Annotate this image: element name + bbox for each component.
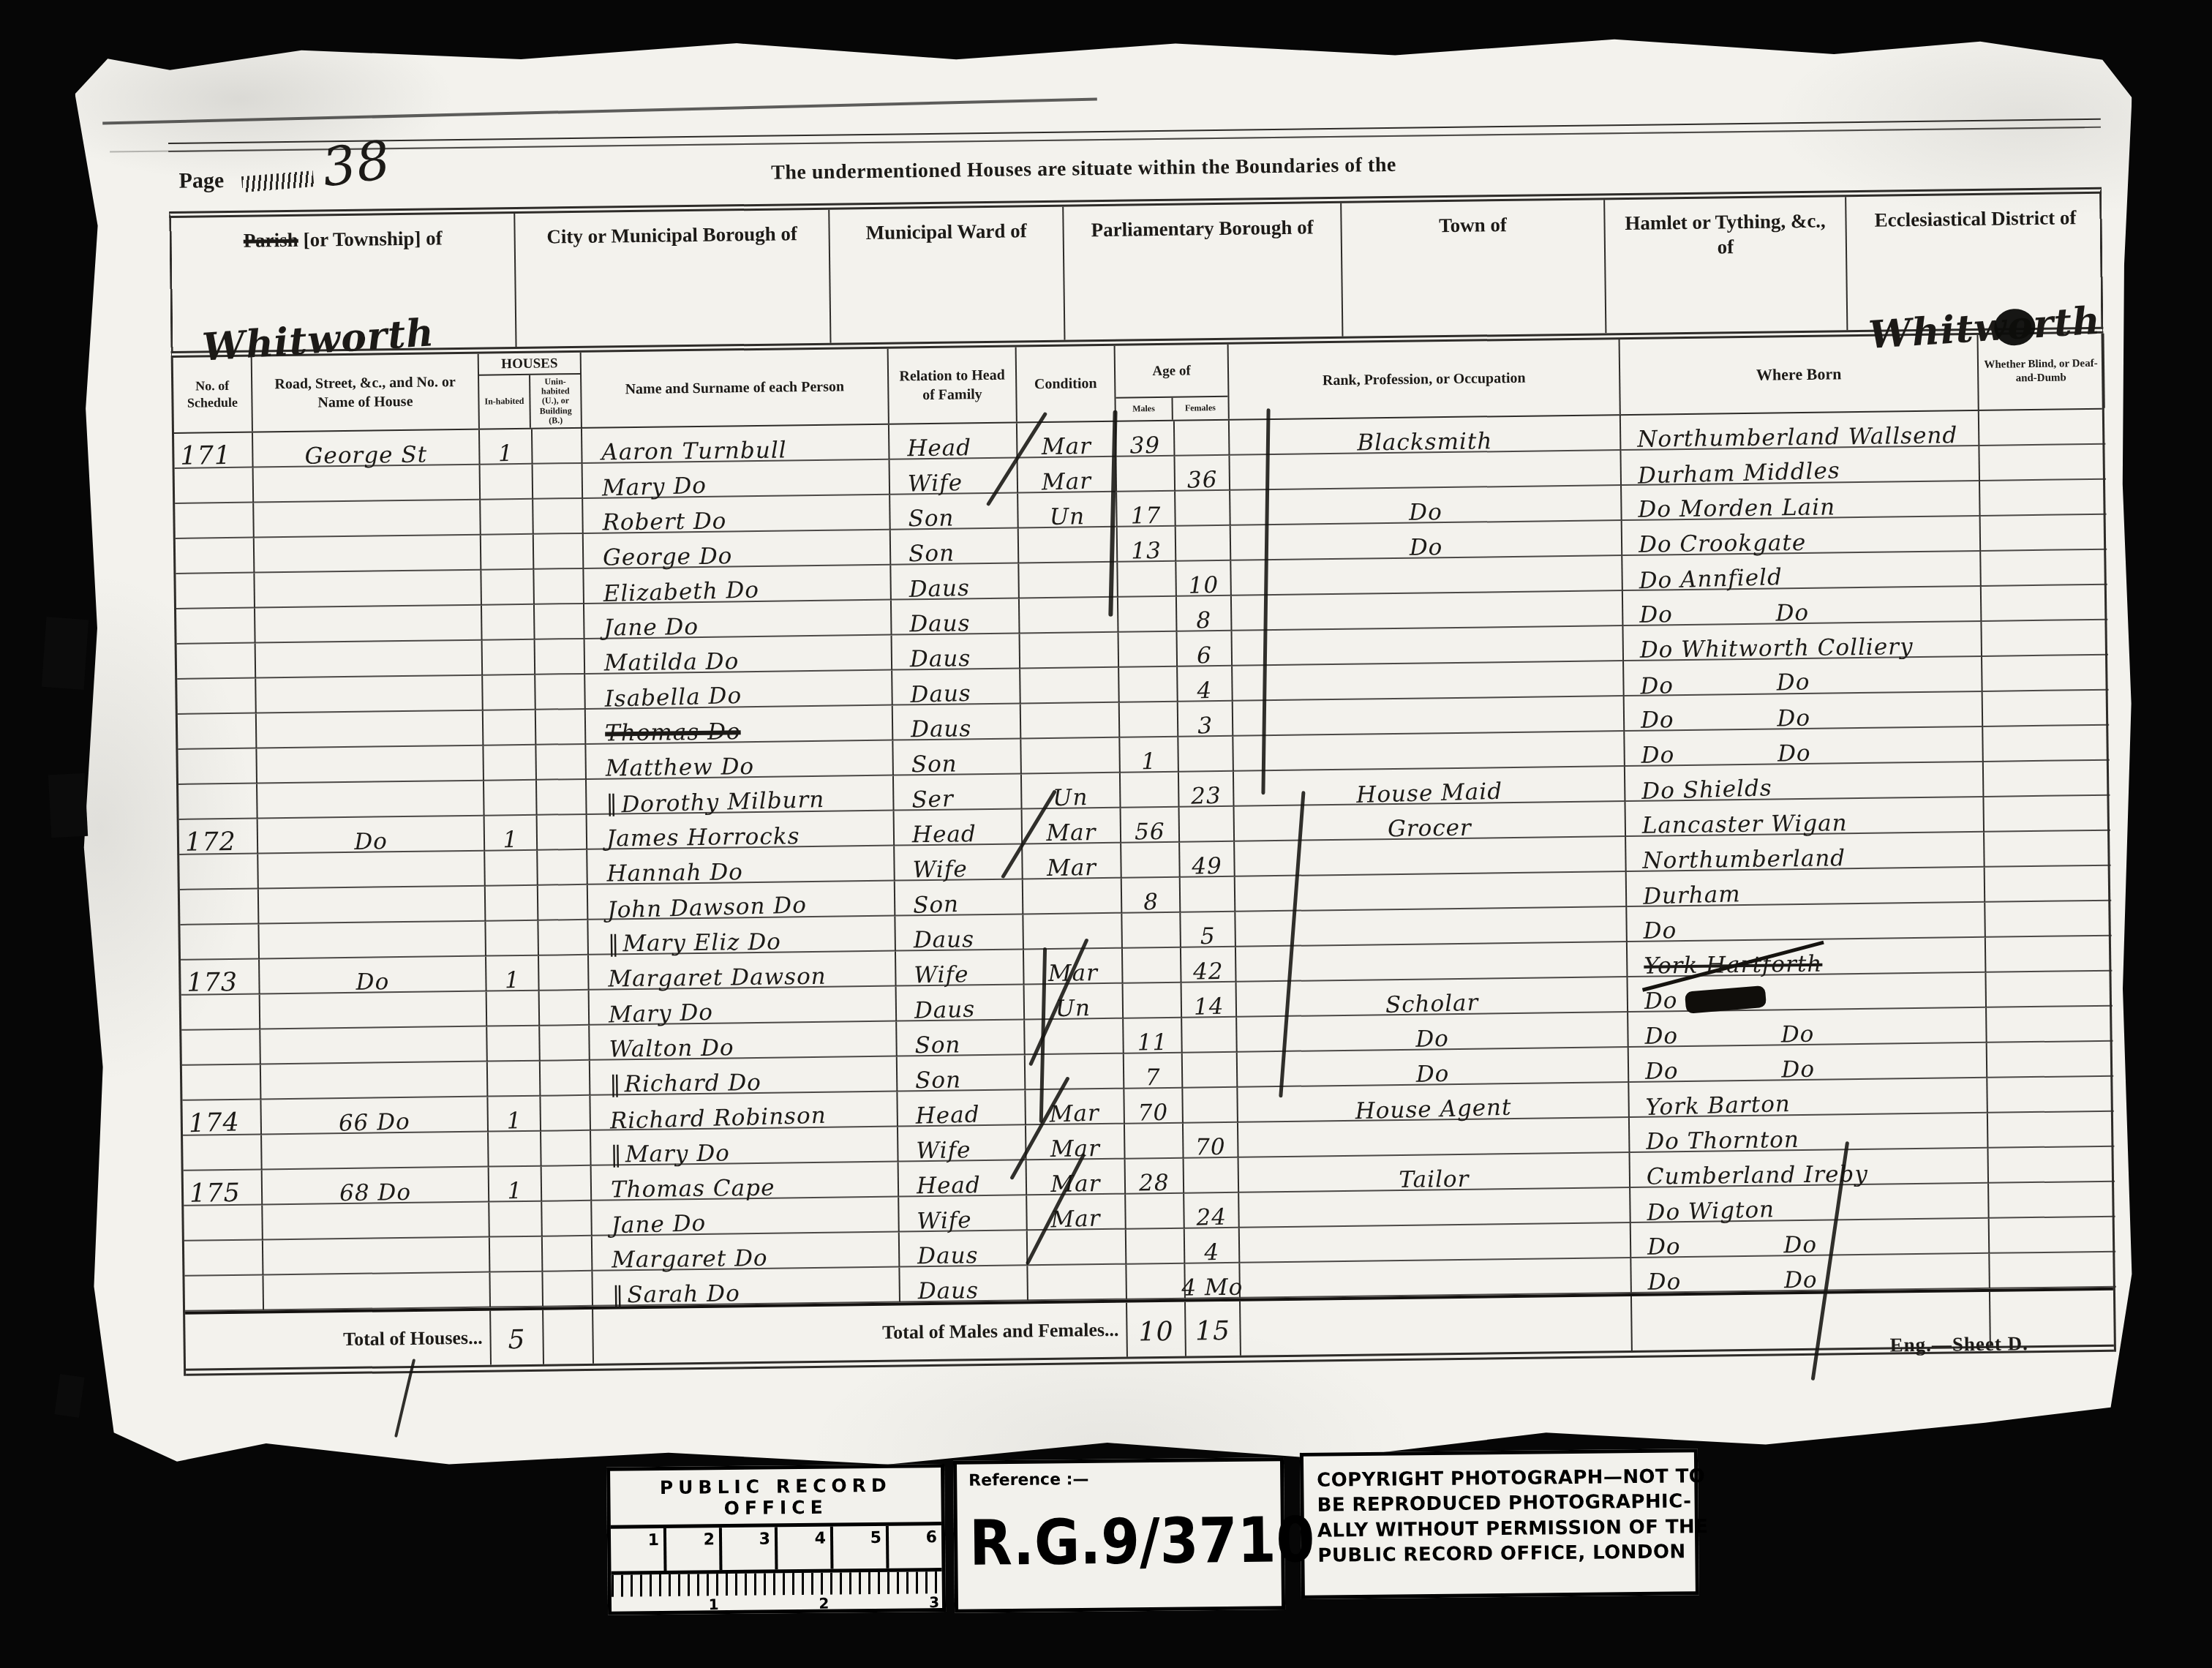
cell-occupation-value: Do [1410,536,1443,560]
cell-disability [1979,445,2106,481]
cell-occupation [1232,591,1624,631]
reference-stamp: Reference :— R.G.9/3710 [953,1457,1285,1613]
cell-name-value: Aaron Turnbull [601,439,787,464]
cell-relation-value: Son [914,1034,960,1057]
cell-where-born-value: Do Do [1648,1269,1818,1294]
cell-inhabited [482,605,535,641]
cell-relation-value: Wife [914,963,968,987]
header-houses: HOUSES [479,353,580,376]
cell-uninhabited [534,569,584,605]
cell-condition-value: Mar [1046,822,1096,845]
cell-occupation [1240,1223,1632,1263]
cell-where-born-value: Do Do [1647,1234,1817,1259]
cell-occupation [1230,451,1622,491]
cell-uninhabited [540,1026,590,1062]
cell-relation: Daus [897,985,1026,1021]
cell-where-born: York Barton [1629,1078,1988,1118]
copyright-line: COPYRIGHT PHOTOGRAPH—NOT TO [1317,1464,1681,1493]
cell-age-females: 8 [1177,596,1233,632]
cell-occupation: Do [1238,1048,1630,1088]
cell-uninhabited [543,1236,593,1272]
cell-condition [1021,738,1121,775]
cell-schedule [181,995,261,1031]
cell-schedule [178,749,257,785]
cell-name-value: Mary Eliz Do [622,931,781,956]
cell-relation: Son [897,1020,1026,1056]
cell-occupation-value: Do [1416,1063,1450,1086]
cell-inhabited [483,675,536,711]
cell-where-born: Northumberland Wallsend [1621,411,1980,451]
cell-uninhabited [533,429,583,465]
cell-inhabited [483,640,536,676]
cell-road [262,1132,489,1171]
table-body: 171George St1Aaron TurnbullHeadMar39Blac… [174,410,2113,1312]
cell-road [261,1062,489,1100]
cell-schedule [180,890,260,925]
ruler-inches: 1 2 3 4 5 6 [611,1525,942,1575]
pro-ruler-stamp: PUBLIC RECORD OFFICE 1 2 3 4 5 6 123 [606,1464,946,1615]
cell-inhabited-value: 1 [503,829,518,852]
cell-relation: Head [898,1090,1026,1127]
cell-name: ‖Sarah Do [592,1268,900,1307]
cell-age-males: 13 [1118,527,1177,563]
cell-name: John Dawson Do [588,882,896,920]
cell-age-males [1121,843,1181,879]
cell-relation: Ser [894,774,1023,811]
cell-age-females: 23 [1179,772,1235,808]
cell-relation: Wife [898,1125,1027,1162]
total-houses-value: 5 [491,1310,544,1365]
cell-relation-value: Son [915,1069,961,1092]
cell-schedule [181,1030,261,1066]
cell-relation-value: Daus [910,683,971,707]
total-mf-label-cell: Total of Males and Females... [593,1303,1128,1364]
cell-relation: Son [895,879,1024,916]
cell-inhabited: 1 [485,816,538,852]
cell-name: Mary Do [583,460,891,499]
cell-condition-value: Mar [1050,1138,1100,1161]
cell-uninhabited [535,639,586,675]
cell-relation-value: Daus [914,928,975,952]
cell-condition [1020,633,1120,669]
cell-where-born: Do Do [1625,727,1984,767]
cell-road: Do [258,816,486,854]
cell-uninhabited [538,920,589,956]
cell-relation: Daus [892,598,1020,635]
cell-road [257,711,484,749]
cell-schedule [180,925,260,961]
cell-relation: Head [899,1160,1028,1197]
cell-age-males [1123,948,1182,984]
cell-relation-value: Daus [909,612,971,636]
total-males-number: 10 [1138,1318,1173,1345]
cell-inhabited-value: 1 [505,969,520,992]
ruler-centimetres: 123 [612,1571,943,1620]
cell-occupation [1238,1118,1630,1158]
total-males-females-label: Total of Males and Females... [593,1318,1126,1347]
township-cell: Parish [or Township] of Whitworth [171,214,516,351]
cell-occupation-value: Do [1415,1028,1449,1051]
cell-inhabited [489,1132,542,1168]
cell-road-value: Do [355,971,389,994]
cell-where-born-value: Lancaster Wigan [1642,812,1848,838]
cell-disability [1986,972,2113,1008]
cell-name: ‖Mary Do [591,1127,899,1166]
cell-inhabited [489,1202,543,1238]
cell-condition [1023,879,1123,915]
total-females-value: 15 [1186,1301,1241,1356]
cell-disability [1987,1077,2114,1113]
cell-disability [1989,1182,2115,1219]
cell-schedule: 174 [182,1100,262,1136]
empty-cell [543,1310,594,1364]
cell-schedule-value: 174 [182,1110,240,1137]
header-condition: Condition [1017,346,1116,422]
parliamentary-borough-cell: Parliamentary Borough of [1064,203,1343,340]
cell-name-value: George Do [603,545,733,569]
cell-name: Richard Robinson [590,1092,898,1131]
cell-name: ‖Dorothy Milburn [587,776,895,815]
ecclesiastical-district-cell: Ecclesiastical District of Whitworth [1846,194,2105,330]
ruler-fine-ticks [612,1571,942,1597]
cell-road [263,1273,491,1311]
cell-uninhabited [541,1061,591,1097]
cell-relation-value: Son [913,893,960,917]
cell-age-females-value: 49 [1192,855,1222,879]
cell-condition: Mar [1023,808,1122,845]
cell-where-born: Do Morden Lain [1622,481,1981,521]
cell-uninhabited [536,745,587,781]
cell-relation: Daus [900,1266,1028,1302]
cell-road-value: George St [305,444,428,468]
cell-condition [1019,527,1118,564]
cell-condition [1025,1019,1124,1056]
cell-name-value: James Horrocks [606,825,800,850]
cell-road-value: 68 Do [339,1181,411,1205]
cell-occupation: Scholar [1237,977,1629,1018]
cell-age-females: 6 [1178,631,1233,667]
cell-age-males: 7 [1124,1053,1184,1089]
cell-age-females: 10 [1176,561,1232,597]
cell-relation: Son [893,739,1022,775]
cell-age-females: 3 [1178,702,1234,737]
cell-disability [1983,691,2110,727]
cell-where-born: Do Annfield [1622,552,1982,591]
cell-age-males: 11 [1124,1018,1183,1054]
cell-where-born: Do Do [1624,657,1983,696]
cell-where-born-value: Do Do [1641,707,1810,732]
cell-disability [1987,1042,2114,1078]
cell-age-females: 24 [1184,1193,1240,1229]
cell-disability [1981,550,2107,587]
sheet-note: Eng.—Sheet D. [1889,1332,2028,1356]
cell-age-females-value: 36 [1186,469,1217,492]
cell-age-males [1118,562,1177,598]
ecclesiastical-label: Ecclesiastical District of [1874,206,2076,230]
cell-age-females-value: 6 [1197,645,1212,667]
cell-where-born: Do Do [1631,1254,1990,1293]
cell-road [260,1027,488,1065]
cell-road [259,922,486,960]
cell-age-females: 49 [1180,842,1235,878]
cell-age-females-value: 3 [1197,715,1213,737]
cell-age-males-value: 1 [1141,751,1156,773]
cell-where-born-value: Do Do [1644,1023,1814,1048]
cell-condition-value: Mar [1042,470,1092,495]
cell-uninhabited [543,1271,593,1307]
cell-relation-value: Son [908,508,954,531]
cell-schedule [178,784,258,820]
cell-name: Margaret Do [592,1233,900,1271]
cell-relation: Son [891,528,1020,565]
cell-name: ‖Richard Do [590,1057,898,1096]
cell-condition: Un [1025,984,1124,1021]
cell-relation: Daus [892,634,1021,670]
cell-relation: Wife [899,1195,1028,1232]
cell-road [255,606,483,644]
cell-where-born: Do Thornton [1630,1113,1989,1153]
cell-age-males: 1 [1120,737,1179,773]
cell-age-females: 70 [1184,1123,1239,1159]
cell-uninhabited [535,604,585,640]
cell-where-born-value: Durham [1643,883,1741,909]
cell-name: Hannah Do [587,846,895,885]
cell-condition: Mar [1027,1195,1126,1231]
cell-inhabited: 1 [489,1167,543,1203]
ink-blot [1685,985,1767,1014]
cell-age-males-value: 7 [1145,1067,1161,1089]
cell-inhabited: 1 [488,1097,541,1132]
cell-relation: Son [898,1055,1026,1092]
cell-relation-value: Head [907,437,971,460]
empty-cell [1241,1296,1633,1356]
cell-uninhabited [537,780,587,816]
cell-occupation-value: Tailor [1399,1168,1469,1192]
cell-occupation [1235,837,1627,877]
cell-condition-value: Un [1053,786,1088,810]
cell-disability [1988,1112,2115,1149]
cell-where-born-value: Do [1644,920,1677,943]
cell-occupation-value: Scholar [1385,992,1478,1017]
cell-age-males [1121,773,1180,808]
total-males-value: 10 [1127,1302,1186,1357]
cell-name: Robert Do [583,495,891,534]
cell-condition-value: Mar [1051,1208,1102,1232]
cell-disability [1990,1217,2116,1254]
cell-age-males [1117,457,1176,492]
cell-road [260,992,488,1030]
cell-relation-value: Daus [908,577,970,601]
cell-where-born-value: Northumberland [1642,847,1846,872]
cell-condition: Mar [1023,844,1122,880]
cell-condition: Un [1018,492,1118,529]
ruler-cm-numbers: 123 [612,1593,942,1619]
enumerator-tick: ‖ [608,933,620,955]
cell-where-born: Do Do [1625,692,1984,732]
cell-age-females [1178,737,1234,773]
cell-name-value: Jane Do [603,616,699,640]
cell-inhabited [490,1237,543,1273]
cell-disability [1980,480,2107,516]
cell-occupation [1233,661,1625,702]
cell-disability [1988,1147,2115,1184]
copyright-line: PUBLIC RECORD OFFICE, LONDON [1317,1539,1682,1569]
cell-relation-value: Wife [912,858,967,882]
cell-name-value: Mary Do [625,1142,730,1166]
cell-disability [1982,620,2108,657]
header-name: Name and Surname of each Person [582,349,889,427]
cell-road [255,536,482,574]
cell-age-females-value: 5 [1200,925,1216,948]
header-relation: Relation to Head of Family [889,347,1017,423]
cell-age-females [1175,491,1231,527]
cell-inhabited [481,500,534,536]
cell-where-born: Do Shields [1625,762,1985,802]
cell-where-born: Lancaster Wigan [1625,797,1985,837]
cell-occupation: Do [1231,521,1623,561]
cell-age-females-value: 8 [1196,609,1211,632]
cell-uninhabited [534,534,584,570]
reference-value: R.G.9/3710 [969,1503,1270,1579]
cell-schedule [184,1205,263,1241]
cell-occupation: Blacksmith [1230,416,1622,456]
cell-disability [1982,585,2108,622]
cell-relation: Son [890,493,1019,530]
cell-name-value: Jane Do [611,1212,706,1237]
cell-uninhabited [538,815,588,851]
cell-relation: Daus [893,704,1022,740]
total-females-number: 15 [1195,1318,1230,1345]
cell-uninhabited [533,499,584,535]
cell-age-females-value: 70 [1195,1136,1226,1160]
cell-name: Thomas Do [586,706,894,745]
cell-occupation [1233,626,1625,666]
cell-road: Do [260,957,487,995]
cell-road-value: Do [354,830,388,854]
town-cell: Town of [1342,200,1606,337]
header-age-of: Age of [1116,345,1228,397]
cell-inhabited [487,1026,541,1062]
cell-age-males: 28 [1126,1159,1185,1195]
cell-age-females: 5 [1181,912,1236,948]
cell-inhabited-value: 1 [507,1180,522,1203]
cell-condition-value: Mar [1042,435,1091,459]
header-schedule: No. of Schedule [173,357,253,432]
cell-inhabited [485,851,538,887]
cell-age-females [1175,421,1230,457]
cell-schedule: 172 [179,819,259,855]
cell-name-value: Sarah Do [627,1282,740,1307]
township-label: [or Township] of [298,227,443,250]
pro-stamp-strip: PUBLIC RECORD OFFICE 1 2 3 4 5 6 123 Ref… [606,1449,1699,1617]
cell-occupation [1240,1258,1632,1299]
census-scan-page: Page 38 The undermentioned Houses are si… [0,0,2212,1668]
cell-where-born: Cumberland Ireby [1630,1149,1990,1188]
cell-uninhabited [538,850,588,886]
cell-age-males-value: 28 [1139,1172,1170,1195]
cell-age-females-value: 42 [1193,961,1224,984]
cell-road [257,781,485,819]
cell-name-value: Matthew Do [606,756,755,781]
parish-struck-label: Parish [244,229,298,252]
cell-uninhabited [540,991,590,1026]
cell-inhabited: 1 [486,956,540,992]
cell-age-females-value: 10 [1188,574,1219,598]
cell-age-males: 17 [1117,492,1176,527]
cell-age-females [1176,526,1232,562]
header-males: Males [1116,398,1173,421]
cell-relation-value: Daus [911,718,972,741]
pro-title: PUBLIC RECORD OFFICE [610,1468,941,1529]
cell-where-born-value: Do Do [1639,602,1809,627]
cell-age-females [1180,807,1235,843]
cell-uninhabited [541,1096,591,1132]
cell-relation-value: Daus [914,999,976,1023]
cell-relation-value: Head [917,1174,981,1198]
cell-relation: Wife [896,950,1025,986]
header-road: Road, Street, &c., and No. or Name of Ho… [252,354,480,432]
cell-inhabited [487,991,541,1027]
cell-where-born-value: Do Thornton [1646,1129,1799,1154]
cell-name-value: Walton Do [609,1037,734,1061]
cell-relation-value: Wife [908,472,963,496]
undermentioned-heading: The undermentioned Houses are situate wi… [168,146,1998,192]
cell-where-born: Do [1627,903,1986,942]
cell-relation: Daus [891,563,1020,600]
cell-condition-value: Un [1050,506,1085,529]
cell-age-males-value: 11 [1137,1032,1168,1055]
cell-age-males-value: 56 [1135,821,1165,844]
cell-where-born: Northumberland [1626,833,1985,872]
cell-name: Margaret Dawson [589,952,897,991]
cell-road [257,746,484,784]
cell-age-females [1182,1018,1238,1053]
cell-occupation [1239,1188,1631,1228]
cell-schedule: 173 [181,960,260,996]
cell-road [254,500,481,538]
age-subheaders: Males Females [1116,396,1227,421]
cell-name: Matthew Do [586,741,894,780]
cell-road [254,465,481,503]
cell-condition-value: Mar [1050,1173,1100,1196]
cell-age-females-value: 4 Mo [1181,1277,1243,1300]
cell-age-females [1183,1088,1238,1124]
total-houses-label-cell: Total of Houses... [185,1311,492,1369]
cell-occupation: Tailor [1239,1153,1631,1193]
cell-occupation: Grocer [1235,802,1627,842]
cell-relation-value: Daus [918,1280,979,1303]
cell-road [263,1238,491,1276]
cell-relation-value: Head [912,823,977,846]
cell-age-males [1118,597,1178,633]
cell-name: Aaron Turnbull [582,425,890,464]
cell-relation-value: Daus [910,647,971,671]
cell-relation-value: Son [911,754,958,777]
cell-relation: Daus [892,669,1021,705]
census-form: Page 38 The undermentioned Houses are si… [168,119,2116,1376]
cell-age-males [1119,632,1178,668]
total-houses-number: 5 [508,1326,525,1353]
copyright-line: BE REPRODUCED PHOTOGRAPHIC- [1317,1489,1681,1519]
cell-where-born: York Hartforth [1628,938,1987,977]
cell-inhabited [488,1062,541,1097]
cell-schedule [177,644,257,680]
cell-age-females: 4 Mo [1185,1263,1241,1299]
cell-name: Isabella Do [585,671,893,710]
cell-where-born: Do Do [1628,1008,1987,1048]
cell-road: 68 Do [263,1168,490,1206]
cell-schedule-value: 172 [179,830,236,856]
